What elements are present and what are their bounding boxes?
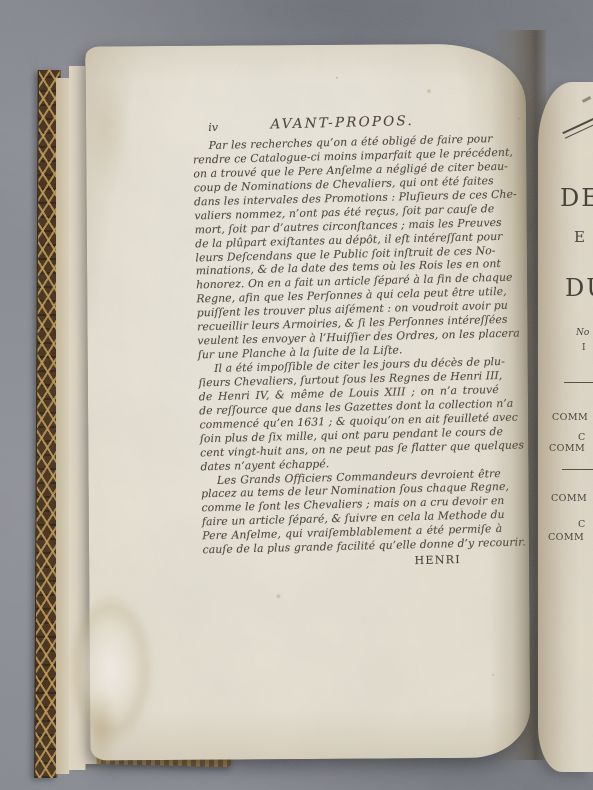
running-title: AVANT-PROPOS. bbox=[192, 111, 492, 134]
left-page: iv AVANT-PROPOS. Par les recherches qu’o… bbox=[86, 43, 531, 760]
separator-rule bbox=[564, 382, 593, 383]
subtitle-fragment: I bbox=[582, 343, 586, 353]
page-stack-edge bbox=[69, 66, 86, 770]
entry-fragment: C bbox=[578, 432, 586, 443]
stain bbox=[78, 54, 137, 204]
right-page-fragment: DE E DU No I COMM C COMM COMM C COMM bbox=[538, 82, 593, 772]
title-fragment: DE bbox=[560, 184, 593, 212]
page-stack-edge bbox=[56, 78, 70, 774]
entry-fragment: COMM bbox=[548, 532, 584, 543]
title-fragment: E bbox=[574, 228, 587, 246]
paragraph: Les Grands Officiers Commandeurs devroie… bbox=[201, 466, 503, 557]
foxing-specks bbox=[336, 77, 338, 79]
paragraph: Il a été impoſſible de citer les jours d… bbox=[198, 355, 501, 474]
headpiece-double-rule bbox=[562, 116, 593, 138]
subtitle-fragment: No bbox=[576, 328, 589, 338]
entry-fragment: C bbox=[578, 519, 586, 530]
title-fragment: DU bbox=[565, 274, 593, 302]
entry-fragment: COMM bbox=[549, 443, 585, 454]
folio-number: iv bbox=[208, 121, 218, 134]
entry-fragment: COMM bbox=[551, 493, 587, 504]
page-text-block: iv AVANT-PROPOS. Par les recherches qu’o… bbox=[192, 111, 503, 572]
corner-mark bbox=[582, 96, 591, 102]
book-photo-scene: iv AVANT-PROPOS. Par les recherches qu’o… bbox=[0, 0, 593, 790]
entry-fragment: COMM bbox=[552, 412, 588, 423]
paragraph: Par les recherches qu’on a été obligé de… bbox=[193, 132, 498, 362]
separator-rule bbox=[562, 469, 593, 470]
